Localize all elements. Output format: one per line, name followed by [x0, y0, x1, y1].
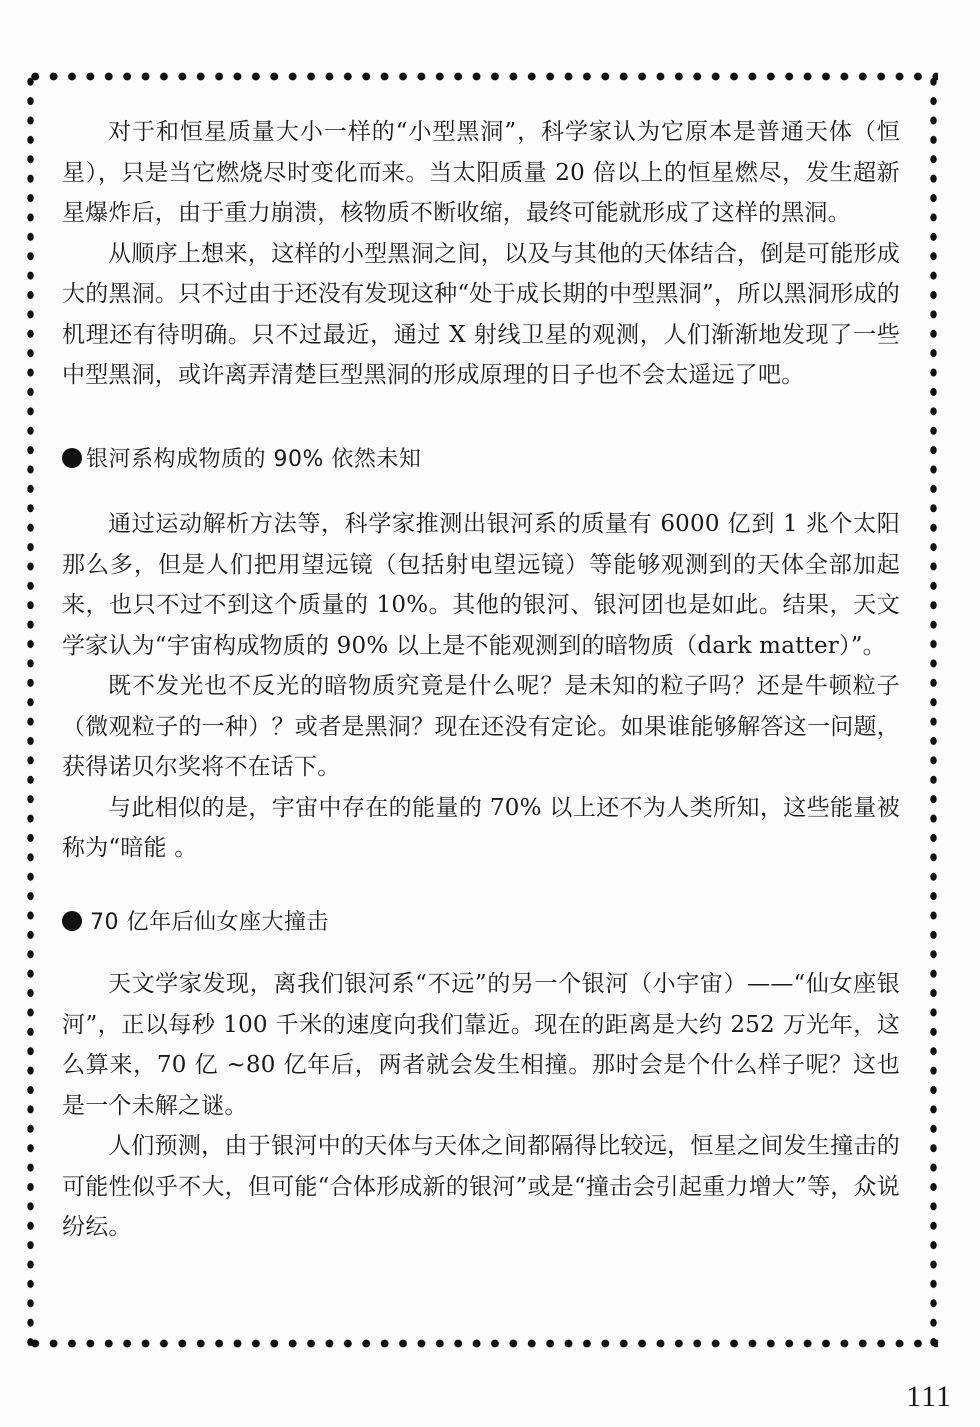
bullet-icon — [62, 911, 82, 931]
section-body-andromeda: 天文学家发现，离我们银河系“不远”的另一个银河（小宇宙）——“仙女座银河”，正以… — [62, 964, 900, 1248]
section-heading-text: 70 亿年后仙女座大撞击 — [90, 905, 329, 936]
section-paragraph: 通过运动解析方法等，科学家推测出银河系的质量有 6000 亿到 1 兆个太阳那么… — [62, 504, 900, 666]
border-bottom-dots — [26, 1339, 938, 1348]
section-paragraph: 人们预测，由于银河中的天体与天体之间都隔得比较远，恒星之间发生撞击的可能性似乎不… — [62, 1126, 900, 1248]
border-left-dots — [26, 72, 35, 1348]
section-heading-dark-matter: 银河系构成物质的 90% 依然未知 — [62, 442, 421, 473]
intro-paragraph-2: 从顺序上想来，这样的小型黑洞之间，以及与其他的天体结合，倒是可能形成大的黑洞。只… — [62, 234, 900, 396]
section-heading-andromeda: 70 亿年后仙女座大撞击 — [62, 905, 329, 936]
page-content: 对于和恒星质量大小一样的“小型黑洞”，科学家认为它原本是普通天体（恒星），只是当… — [62, 112, 900, 396]
border-right-dots — [929, 72, 938, 1348]
section-body-dark-matter: 通过运动解析方法等，科学家推测出银河系的质量有 6000 亿到 1 兆个太阳那么… — [62, 504, 900, 869]
border-top-dots — [26, 72, 938, 81]
section-paragraph: 既不发光也不反光的暗物质究竟是什么呢？是未知的粒子吗？还是牛顿粒子（微观粒子的一… — [62, 666, 900, 788]
section-paragraph: 天文学家发现，离我们银河系“不远”的另一个银河（小宇宙）——“仙女座银河”，正以… — [62, 964, 900, 1126]
intro-section: 对于和恒星质量大小一样的“小型黑洞”，科学家认为它原本是普通天体（恒星），只是当… — [62, 112, 900, 396]
bullet-icon — [62, 448, 82, 468]
page-number: 111 — [906, 1380, 952, 1414]
section-paragraph: 与此相似的是，宇宙中存在的能量的 70% 以上还不为人类所知，这些能量被称为“暗… — [62, 788, 900, 869]
section-heading-text: 银河系构成物质的 90% 依然未知 — [86, 442, 421, 473]
intro-paragraph-1: 对于和恒星质量大小一样的“小型黑洞”，科学家认为它原本是普通天体（恒星），只是当… — [62, 112, 900, 234]
